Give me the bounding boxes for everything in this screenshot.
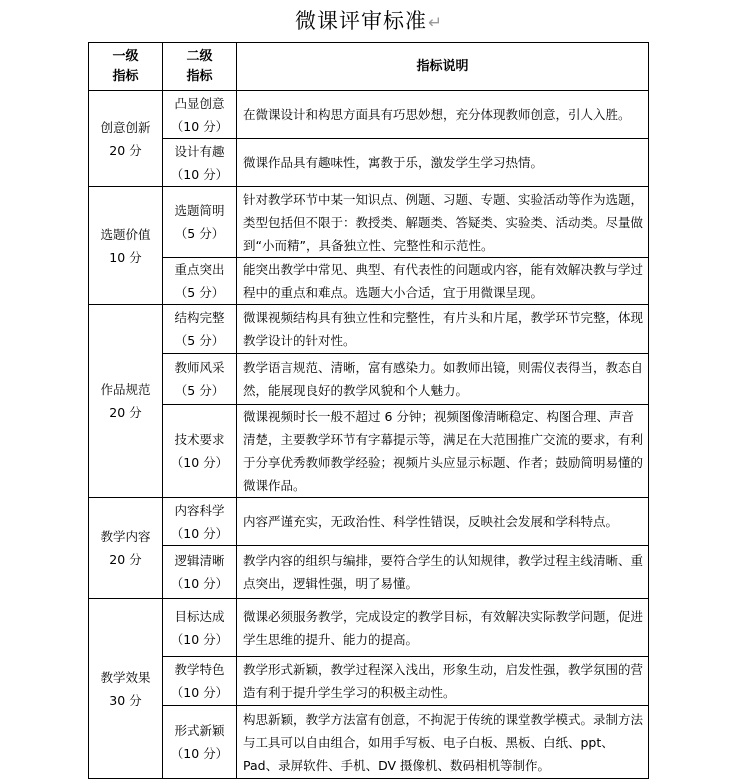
level2-cell: 内容科学 （10 分） — [163, 498, 237, 546]
description-cell: 构思新颖，教学方法富有创意，不拘泥于传统的课堂教学模式。录制方法与工具可以自由组… — [237, 706, 649, 779]
description-cell: 微课作品具有趣味性，寓教于乐，激发学生学习热情。 — [237, 139, 649, 187]
level2-cell: 教师风采 （5 分） — [163, 354, 237, 405]
table-row: 逻辑清晰 （10 分） 教学内容的组织与编排，要符合学生的认知规律，教学过程主线… — [89, 546, 649, 599]
description-cell: 微课视频结构具有独立性和完整性，有片头和片尾，教学环节完整，体现教学设计的针对性… — [237, 305, 649, 354]
level1-cell: 教学效果 30 分 — [89, 599, 163, 779]
description-cell: 内容严谨充实，无政治性、科学性错误，反映社会发展和学科特点。 — [237, 498, 649, 546]
level2-cell: 设计有趣 （10 分） — [163, 139, 237, 187]
level2-cell: 目标达成 （10 分） — [163, 599, 237, 657]
description-cell: 能突出教学中常见、典型、有代表性的问题或内容，能有效解决教与学过程中的重点和难点… — [237, 258, 649, 305]
header-level1: 一级 指标 — [89, 43, 163, 91]
table-row: 技术要求 （10 分） 微课视频时长一般不超过 6 分钟；视频图像清晰稳定、构图… — [89, 405, 649, 498]
description-cell: 教学语言规范、清晰，富有感染力。如教师出镜，则需仪表得当，教态自然，能展现良好的… — [237, 354, 649, 405]
table-row: 重点突出 （5 分） 能突出教学中常见、典型、有代表性的问题或内容，能有效解决教… — [89, 258, 649, 305]
description-cell: 针对教学环节中某一知识点、例题、习题、专题、实验活动等作为选题，类型包括但不限于… — [237, 187, 649, 258]
header-level2: 二级 指标 — [163, 43, 237, 91]
table-row: 作品规范 20 分 结构完整 （5 分） 微课视频结构具有独立性和完整性，有片头… — [89, 305, 649, 354]
table-row: 教学特色 （10 分） 教学形式新颖，教学过程深入浅出，形象生动，启发性强，教学… — [89, 657, 649, 706]
description-cell: 教学形式新颖，教学过程深入浅出，形象生动，启发性强，教学氛围的营造有利于提升学生… — [237, 657, 649, 706]
table-row: 选题价值 10 分 选题简明 （5 分） 针对教学环节中某一知识点、例题、习题、… — [89, 187, 649, 258]
level1-cell: 作品规范 20 分 — [89, 305, 163, 498]
paragraph-mark-icon: ↵ — [428, 12, 443, 32]
level2-cell: 教学特色 （10 分） — [163, 657, 237, 706]
level2-cell: 逻辑清晰 （10 分） — [163, 546, 237, 599]
level2-cell: 技术要求 （10 分） — [163, 405, 237, 498]
level2-cell: 结构完整 （5 分） — [163, 305, 237, 354]
header-description: 指标说明 — [237, 43, 649, 91]
level2-cell: 选题简明 （5 分） — [163, 187, 237, 258]
level2-cell: 形式新颖 （10 分） — [163, 706, 237, 779]
table-row: 形式新颖 （10 分） 构思新颖，教学方法富有创意，不拘泥于传统的课堂教学模式。… — [89, 706, 649, 779]
description-cell: 微课必须服务教学，完成设定的教学目标，有效解决实际教学问题，促进学生思维的提升、… — [237, 599, 649, 657]
table-row: 教学效果 30 分 目标达成 （10 分） 微课必须服务教学，完成设定的教学目标… — [89, 599, 649, 657]
table-row: 创意创新 20 分 凸显创意 （10 分） 在微课设计和构思方面具有巧思妙想，充… — [89, 91, 649, 139]
level1-cell: 创意创新 20 分 — [89, 91, 163, 187]
level1-cell: 选题价值 10 分 — [89, 187, 163, 305]
level2-cell: 凸显创意 （10 分） — [163, 91, 237, 139]
level2-cell: 重点突出 （5 分） — [163, 258, 237, 305]
description-cell: 微课视频时长一般不超过 6 分钟；视频图像清晰稳定、构图合理、声音清楚，主要教学… — [237, 405, 649, 498]
table-row: 教师风采 （5 分） 教学语言规范、清晰，富有感染力。如教师出镜，则需仪表得当，… — [89, 354, 649, 405]
description-cell: 教学内容的组织与编排，要符合学生的认知规律，教学过程主线清晰、重点突出，逻辑性强… — [237, 546, 649, 599]
level1-cell: 教学内容 20 分 — [89, 498, 163, 599]
header-row: 一级 指标 二级 指标 指标说明 — [89, 43, 649, 91]
table-row: 设计有趣 （10 分） 微课作品具有趣味性，寓教于乐，激发学生学习热情。 — [89, 139, 649, 187]
table-row: 教学内容 20 分 内容科学 （10 分） 内容严谨充实，无政治性、科学性错误，… — [89, 498, 649, 546]
criteria-table: 一级 指标 二级 指标 指标说明 创意创新 20 分 凸显创意 （10 分） 在… — [88, 42, 649, 779]
description-cell: 在微课设计和构思方面具有巧思妙想，充分体现教师创意，引人入胜。 — [237, 91, 649, 139]
document-title: 微课评审标准↵ — [0, 6, 738, 37]
